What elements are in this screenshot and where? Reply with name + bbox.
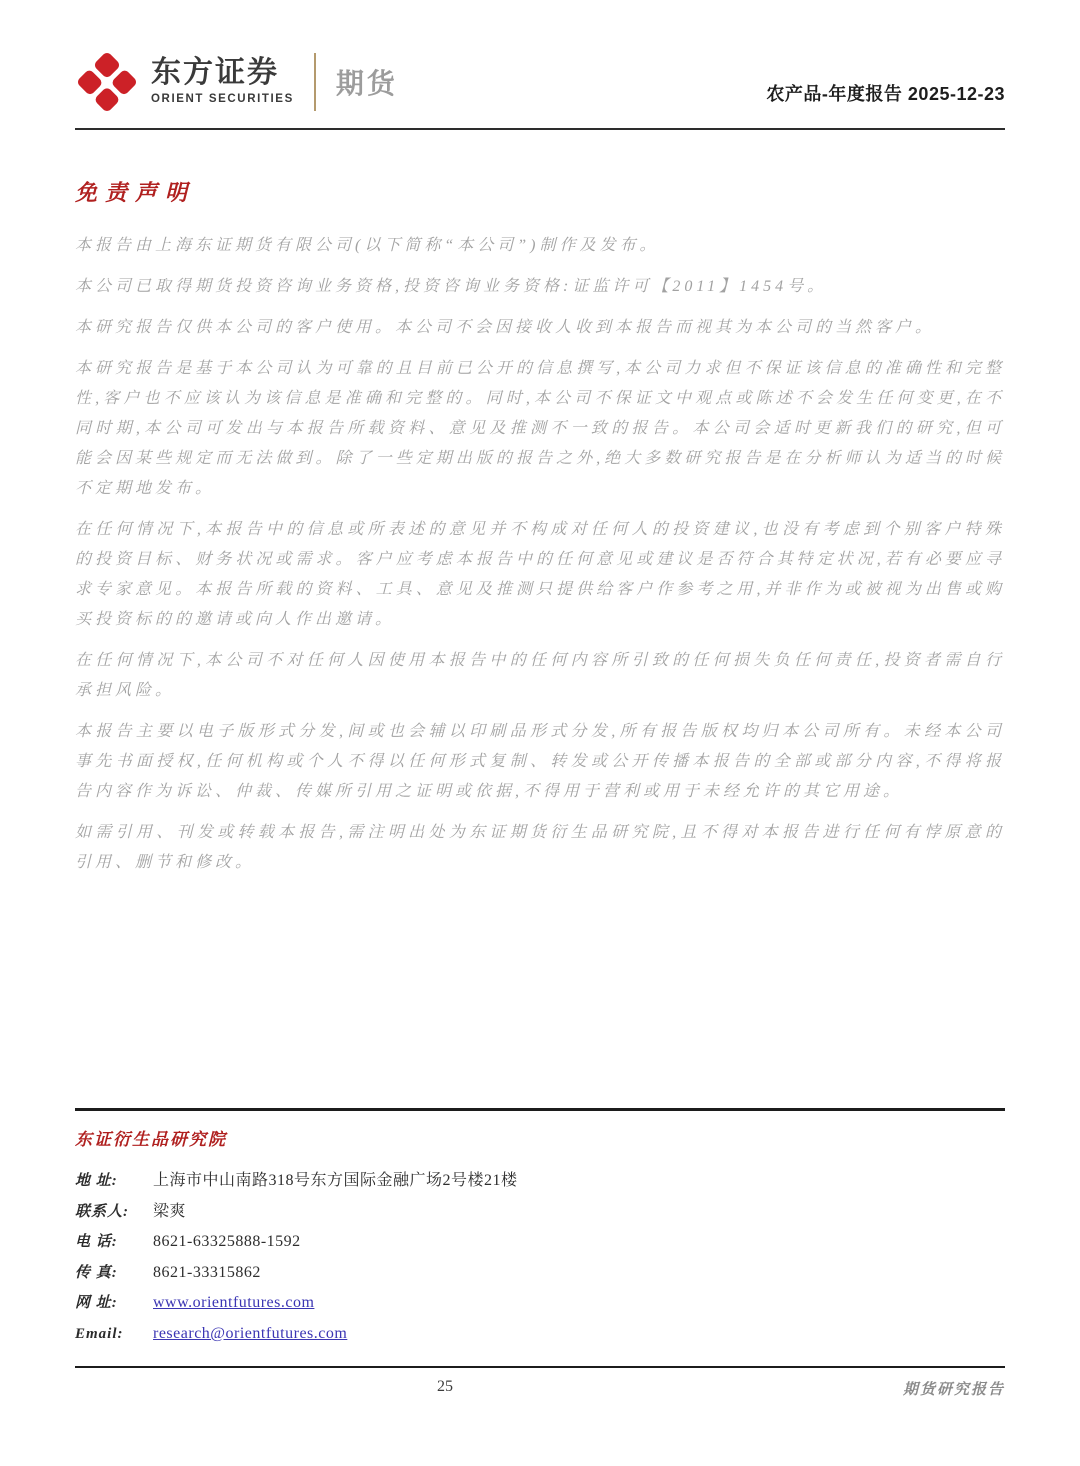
contact-label-phone: 电 话: <box>75 1228 153 1258</box>
website-link[interactable]: www.orientfutures.com <box>153 1288 314 1318</box>
page-header: 东方证券 ORIENT SECURITIES 期货 农产品-年度报告 2025-… <box>75 0 1005 130</box>
disclaimer-paragraph: 在任何情况下,本公司不对任何人因使用本报告中的任何内容所引致的任何损失负任何责任… <box>75 646 1005 706</box>
contact-row-address: 地 址:上海市中山南路318号东方国际金融广场2号楼21楼 <box>75 1166 1005 1197</box>
disclaimer-paragraphs: 本报告由上海东证期货有限公司(以下简称“本公司”)制作及发布。本公司已取得期货投… <box>75 231 1005 878</box>
orient-securities-logo-icon <box>75 50 139 114</box>
institute-section: 东证衍生品研究院 地 址:上海市中山南路318号东方国际金融广场2号楼21楼联系… <box>75 1108 1005 1349</box>
disclaimer-paragraph: 本研究报告仅供本公司的客户使用。本公司不会因接收人收到本报告而视其为本公司的当然… <box>75 313 1005 343</box>
contact-row-fax: 传 真:8621-33315862 <box>75 1258 1005 1289</box>
contact-row-email: Email:research@orientfutures.com <box>75 1319 1005 1350</box>
footer-report-label: 期货研究报告 <box>903 1378 1005 1399</box>
brand-name-cn: 东方证券 <box>151 58 294 88</box>
contact-row-phone: 电 话:8621-63325888-1592 <box>75 1227 1005 1258</box>
brand-name-en: ORIENT SECURITIES <box>151 94 294 106</box>
email-link[interactable]: research@orientfutures.com <box>153 1319 347 1349</box>
contact-label-contact-person: 联系人: <box>75 1198 153 1228</box>
brand-divider <box>314 53 316 111</box>
disclaimer-paragraph: 本研究报告是基于本公司认为可靠的且目前已公开的信息撰写,本公司力求但不保证该信息… <box>75 354 1005 504</box>
disclaimer-paragraph: 本报告主要以电子版形式分发,间或也会辅以印刷品形式分发,所有报告版权均归本公司所… <box>75 717 1005 807</box>
contact-label-website: 网 址: <box>75 1289 153 1319</box>
logo-diamond-icon <box>76 51 138 113</box>
logo-petal <box>93 51 121 79</box>
disclaimer-paragraph: 本报告由上海东证期货有限公司(以下简称“本公司”)制作及发布。 <box>75 231 1005 261</box>
institute-title: 东证衍生品研究院 <box>75 1125 1005 1150</box>
contact-label-email: Email: <box>75 1320 153 1350</box>
page-number: 25 <box>437 1378 453 1396</box>
contact-person-value: 梁爽 <box>153 1197 186 1227</box>
fax-value: 8621-33315862 <box>153 1258 261 1288</box>
contact-row-contact-person: 联系人:梁爽 <box>75 1197 1005 1228</box>
disclaimer-paragraph: 本公司已取得期货投资咨询业务资格,投资咨询业务资格:证监许可【2011】1454… <box>75 272 1005 302</box>
disclaimer-paragraph: 在任何情况下,本报告中的信息或所表述的意见并不构成对任何人的投资建议,也没有考虑… <box>75 515 1005 635</box>
contact-row-website: 网 址:www.orientfutures.com <box>75 1288 1005 1319</box>
address-value: 上海市中山南路318号东方国际金融广场2号楼21楼 <box>153 1166 518 1196</box>
phone-value: 8621-63325888-1592 <box>153 1227 301 1257</box>
contact-rows: 地 址:上海市中山南路318号东方国际金融广场2号楼21楼联系人:梁爽电 话:8… <box>75 1166 1005 1349</box>
disclaimer-title: 免责声明 <box>75 176 1005 207</box>
brand-text: 东方证券 ORIENT SECURITIES <box>151 58 294 106</box>
page-footer: 25 期货研究报告 <box>75 1366 1005 1410</box>
logo-petal <box>93 86 121 114</box>
disclaimer-paragraph: 如需引用、刊发或转载本报告,需注明出处为东证期货衍生品研究院,且不得对本报告进行… <box>75 818 1005 878</box>
brand-division-label: 期货 <box>336 62 398 102</box>
contact-label-address: 地 址: <box>75 1167 153 1197</box>
report-type-date-label: 农产品-年度报告 2025-12-23 <box>766 80 1005 114</box>
logo-petal <box>111 68 139 96</box>
brand-block: 东方证券 ORIENT SECURITIES 期货 <box>75 50 398 114</box>
contact-label-fax: 传 真: <box>75 1259 153 1289</box>
report-page: 东方证券 ORIENT SECURITIES 期货 农产品-年度报告 2025-… <box>0 0 1080 1466</box>
logo-petal <box>76 68 104 96</box>
